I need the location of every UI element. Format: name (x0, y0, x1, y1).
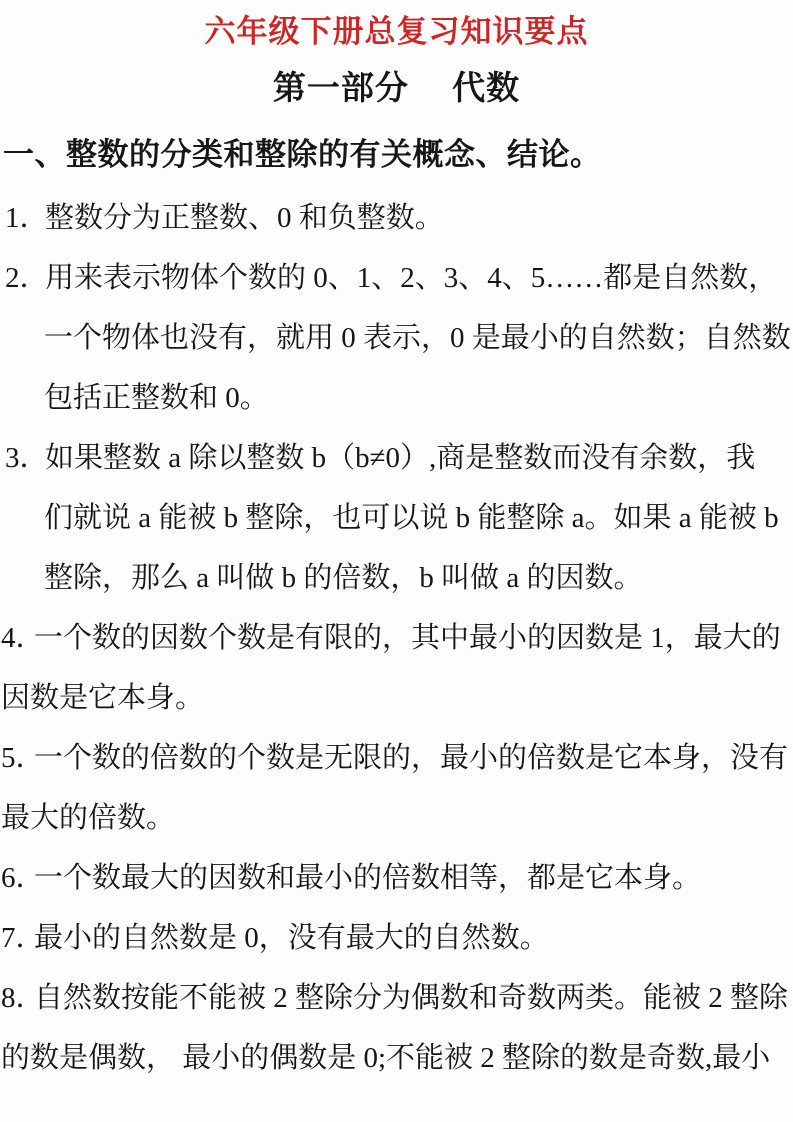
text-line: 们就说 a 能被 b 整除，也可以说 b 能整除 a。如果 a 能被 b (0, 489, 793, 549)
line-text: 因数是它本身。 (1, 684, 204, 713)
text-line: 最大的倍数。 (0, 789, 793, 849)
line-text: 用来表示物体个数的 0、1、2、3、4、5……都是自然数， (45, 264, 777, 293)
item-number: 7． (1, 924, 34, 953)
item-number: 8． (1, 984, 34, 1013)
line-text: 整除，那么 a 叫做 b 的倍数，b 叫做 a 的因数。 (44, 564, 643, 593)
text-line: 的数是偶数， 最小的偶数是 0;不能被 2 整除的数是奇数,最小 (0, 1029, 793, 1089)
line-text: 最大的倍数。 (1, 804, 175, 833)
line-text: 们就说 a 能被 b 整除，也可以说 b 能整除 a。如果 a 能被 b (44, 504, 779, 533)
document-body: 1．整数分为正整数、0 和负整数。 2．用来表示物体个数的 0、1、2、3、4、… (0, 189, 793, 1089)
line-text: 一个数的因数个数是有限的，其中最小的因数是 1，最大的 (34, 624, 781, 653)
text-line-item3: 3．如果整数 a 除以整数 b（b≠0）,商是整数而没有余数，我 (0, 429, 793, 489)
item-number: 1． (5, 204, 45, 233)
part-title: 第一部分 代数 (0, 73, 793, 106)
item-number: 4． (1, 624, 34, 653)
text-line-item6: 6．一个数最大的因数和最小的倍数相等，都是它本身。 (0, 849, 793, 909)
line-text: 一个物体也没有，就用 0 表示，0 是最小的自然数；自然数 (44, 324, 791, 353)
text-line-item1: 1．整数分为正整数、0 和负整数。 (0, 189, 793, 249)
text-line-item7: 7．最小的自然数是 0，没有最大的自然数。 (0, 909, 793, 969)
text-line: 整除，那么 a 叫做 b 的倍数，b 叫做 a 的因数。 (0, 549, 793, 609)
line-text: 如果整数 a 除以整数 b（b≠0）,商是整数而没有余数，我 (45, 444, 755, 473)
line-text: 整数分为正整数、0 和负整数。 (45, 204, 444, 233)
text-line-item4: 4．一个数的因数个数是有限的，其中最小的因数是 1，最大的 (0, 609, 793, 669)
line-text: 一个数最大的因数和最小的倍数相等，都是它本身。 (34, 864, 701, 893)
text-line-item2: 2．用来表示物体个数的 0、1、2、3、4、5……都是自然数， (0, 249, 793, 309)
text-line: 一个物体也没有，就用 0 表示，0 是最小的自然数；自然数 (0, 309, 793, 369)
document-page: 六年级下册总复习知识要点 第一部分 代数 一、整数的分类和整除的有关概念、结论。… (0, 0, 793, 1122)
document-title: 六年级下册总复习知识要点 (0, 0, 793, 49)
text-line-item8: 8．自然数按能不能被 2 整除分为偶数和奇数两类。能被 2 整除 (0, 969, 793, 1029)
item-number: 3． (5, 444, 45, 473)
text-line: 包括正整数和 0。 (0, 369, 793, 429)
text-line-item5: 5．一个数的倍数的个数是无限的，最小的倍数是它本身，没有 (0, 729, 793, 789)
line-text: 自然数按能不能被 2 整除分为偶数和奇数两类。能被 2 整除 (34, 984, 788, 1013)
line-text: 最小的自然数是 0，没有最大的自然数。 (34, 924, 549, 953)
item-number: 6． (1, 864, 34, 893)
line-text: 一个数的倍数的个数是无限的，最小的倍数是它本身，没有 (34, 744, 788, 773)
text-line: 因数是它本身。 (0, 669, 793, 729)
section-heading: 一、整数的分类和整除的有关概念、结论。 (0, 139, 793, 172)
line-text: 包括正整数和 0。 (44, 384, 269, 413)
item-number: 2． (5, 264, 45, 293)
item-number: 5． (1, 744, 34, 773)
line-text: 的数是偶数， 最小的偶数是 0;不能被 2 整除的数是奇数,最小 (1, 1044, 770, 1073)
